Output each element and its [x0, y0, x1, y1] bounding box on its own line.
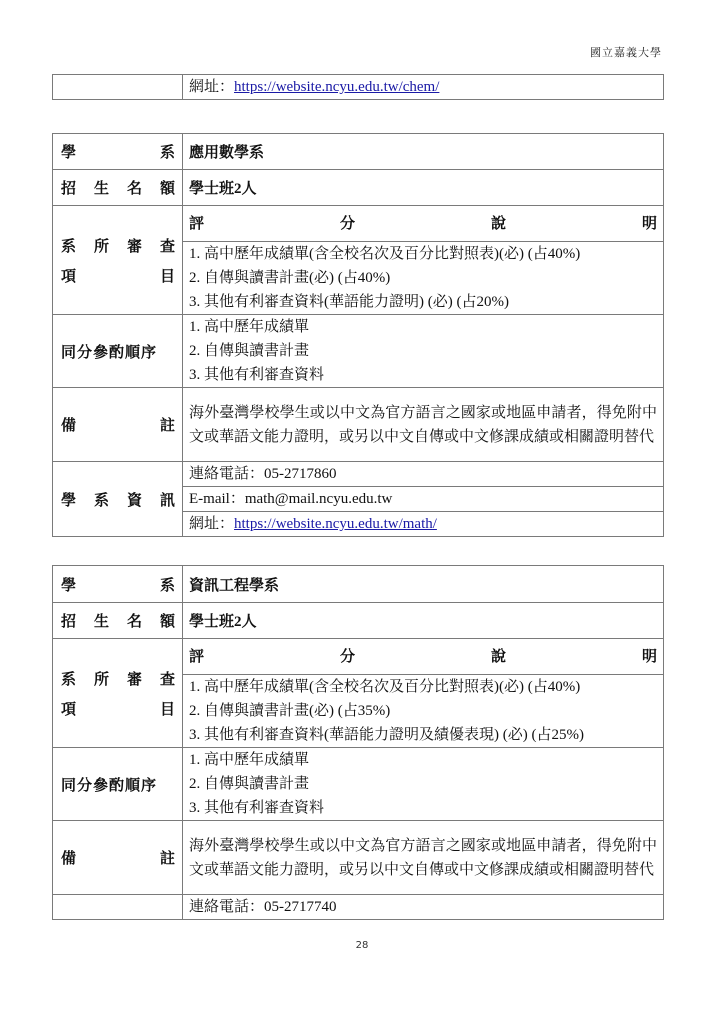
- empty-label-cell: [53, 75, 183, 100]
- website-cell: 網址：https://website.ncyu.edu.tw/math/: [183, 512, 664, 537]
- tie-break-list: 1. 高中歷年成績單 2. 自傳與讀書計畫 3. 其他有利審查資料: [183, 315, 664, 388]
- tie-item: 1. 高中歷年成績單: [189, 748, 657, 772]
- tie-break-list: 1. 高中歷年成績單 2. 自傳與讀書計畫 3. 其他有利審查資料: [183, 748, 664, 821]
- tie-item: 1. 高中歷年成績單: [189, 315, 657, 339]
- tie-break-label: 同分參酌順序: [53, 748, 183, 821]
- review-items-list: 1. 高中歷年成績單(含全校名次及百分比對照表)(必) (占40%) 2. 自傳…: [183, 675, 664, 748]
- quota-label: 招生名額: [53, 170, 183, 206]
- tie-item: 3. 其他有利審查資料: [189, 363, 657, 387]
- department-name: 應用數學系: [183, 134, 664, 170]
- page-header-university: 國立嘉義大學: [590, 44, 662, 60]
- phone-cell: 連絡電話：05-2717740: [183, 895, 664, 920]
- dept-info-label-empty: [53, 895, 183, 920]
- review-item: 2. 自傳與讀書計畫(必) (占40%): [189, 266, 657, 290]
- tie-break-label: 同分參酌順序: [53, 315, 183, 388]
- department-label: 學系: [53, 566, 183, 603]
- score-description-header: 評分說明: [183, 639, 664, 675]
- phone-cell: 連絡電話：05-2717860: [183, 462, 664, 487]
- tie-item: 2. 自傳與讀書計畫: [189, 339, 657, 363]
- score-description-header: 評分說明: [183, 206, 664, 242]
- remarks-text: 海外臺灣學校學生或以中文為官方語言之國家或地區申請者，得免附中文或華語文能力證明…: [183, 821, 664, 895]
- page-number: 28: [0, 940, 724, 951]
- quota-value: 學士班2人: [183, 603, 664, 639]
- email-cell: E-mail：math@mail.ncyu.edu.tw: [183, 487, 664, 512]
- review-item: 1. 高中歷年成績單(含全校名次及百分比對照表)(必) (占40%): [189, 242, 657, 266]
- review-items-label: 系所審查 項目: [53, 639, 183, 748]
- review-items-label: 系所審查 項目: [53, 206, 183, 315]
- tie-item: 3. 其他有利審查資料: [189, 796, 657, 820]
- website-label: 網址：: [189, 79, 234, 95]
- math-dept-table: 學系 應用數學系 招生名額 學士班2人 系所審查 項目 評分說明 1. 高中歷年…: [52, 133, 664, 537]
- department-label: 學系: [53, 134, 183, 170]
- remarks-label: 備註: [53, 821, 183, 895]
- quota-value: 學士班2人: [183, 170, 664, 206]
- review-item: 2. 自傳與讀書計畫(必) (占35%): [189, 699, 657, 723]
- review-item: 3. 其他有利審查資料(華語能力證明及績優表現) (必) (占25%): [189, 723, 657, 747]
- website-cell: 網址：https://website.ncyu.edu.tw/chem/: [183, 75, 664, 100]
- quota-label: 招生名額: [53, 603, 183, 639]
- review-items-list: 1. 高中歷年成績單(含全校名次及百分比對照表)(必) (占40%) 2. 自傳…: [183, 242, 664, 315]
- chem-dept-table-fragment: 網址：https://website.ncyu.edu.tw/chem/: [52, 74, 664, 100]
- remarks-label: 備註: [53, 388, 183, 462]
- website-label: 網址：: [189, 516, 234, 532]
- csie-dept-table: 學系 資訊工程學系 招生名額 學士班2人 系所審查 項目 評分說明 1. 高中歷…: [52, 565, 664, 920]
- remarks-text: 海外臺灣學校學生或以中文為官方語言之國家或地區申請者，得免附中文或華語文能力證明…: [183, 388, 664, 462]
- math-website-link[interactable]: https://website.ncyu.edu.tw/math/: [234, 516, 437, 532]
- dept-info-label: 學系資訊: [53, 462, 183, 537]
- department-name: 資訊工程學系: [183, 566, 664, 603]
- chem-website-link[interactable]: https://website.ncyu.edu.tw/chem/: [234, 79, 439, 95]
- tie-item: 2. 自傳與讀書計畫: [189, 772, 657, 796]
- review-item: 1. 高中歷年成績單(含全校名次及百分比對照表)(必) (占40%): [189, 675, 657, 699]
- review-item: 3. 其他有利審查資料(華語能力證明) (必) (占20%): [189, 290, 657, 314]
